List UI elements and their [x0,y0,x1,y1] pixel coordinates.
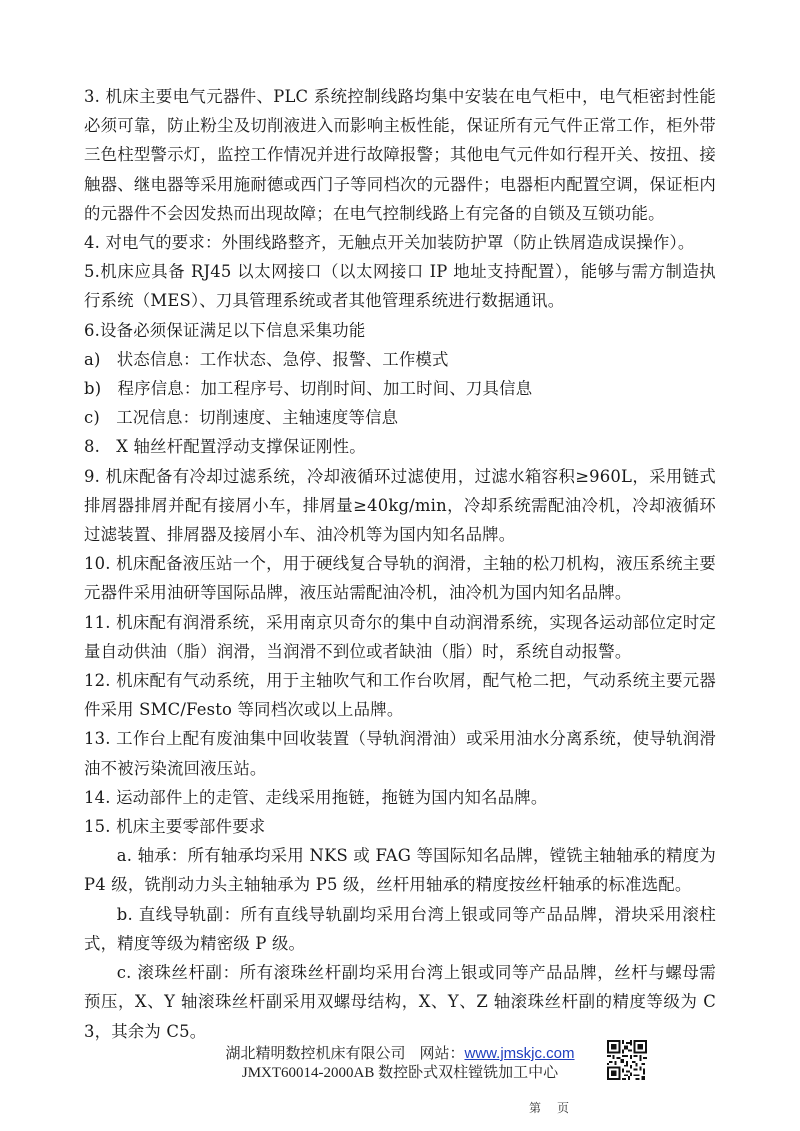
paragraph-12-pneumatic: 12. 机床配有气动系统，用于主轴吹气和工作台吹屑，配气枪二把，气动系统主要元器… [84,666,716,724]
sub-item-a-bearings: a. 轴承：所有轴承均采用 NKS 或 FAG 等国际知名品牌，镗铣主轴轴承的精… [84,841,716,899]
footer-website-label: 网站： [419,1046,464,1062]
paragraph-15-main-parts: 15. 机床主要零部件要求 [84,812,716,841]
sub-item-c-ball-screws: c. 滚珠丝杆副：所有滚珠丝杆副均采用台湾上银或同等产品品牌，丝杆与螺母需预压，… [84,958,716,1046]
page-label-last: 页 [557,1101,569,1115]
page-number: 第页 [529,1099,569,1116]
paragraph-5-ethernet-interface: 5.机床应具备 RJ45 以太网接口（以太网接口 IP 地址支持配置），能够与需… [84,257,716,315]
qr-code-icon [607,1040,647,1080]
footer-model-line: JMXT60014-2000AB 数控卧式双柱镗铣加工中心 [0,1061,800,1082]
list-item-c-condition-info: c) 工况信息：切削速度、主轴速度等信息 [84,403,716,432]
sub-item-b-linear-guides: b. 直线导轨副：所有直线导轨副均采用台湾上银或同等产品品牌，滑块采用滚柱式，精… [84,900,716,958]
paragraph-10-hydraulic-station: 10. 机床配备液压站一个，用于硬线复合导轨的润滑，主轴的松刀机构，液压系统主要… [84,549,716,607]
paragraph-6-info-collection: 6.设备必须保证满足以下信息采集功能 [84,316,716,345]
list-item-a-status-info: a) 状态信息：工作状态、急停、报警、工作模式 [84,345,716,374]
paragraph-4-electrical-requirements: 4. 对电气的要求：外围线路整齐，无触点开关加装防护罩（防止铁屑造成误操作）。 [84,228,716,257]
page-label-first: 第 [529,1101,541,1115]
footer-company-name: 湖北精明数控机床有限公司 [225,1046,405,1062]
paragraph-11-lubrication: 11. 机床配有润滑系统，采用南京贝奇尔的集中自动润滑系统，实现各运动部位定时定… [84,608,716,666]
paragraph-9-cooling-filter: 9. 机床配备有冷却过滤系统，冷却液循环过滤使用，过滤水箱容积≥960L，采用链… [84,462,716,550]
footer-company-line: 湖北精明数控机床有限公司网站：www.jmskjc.com [0,1042,800,1063]
footer-website-link[interactable]: www.jmskjc.com [465,1045,575,1062]
paragraph-3-electrical-components: 3. 机床主要电气元器件、PLC 系统控制线路均集中安装在电气柜中，电气柜密封性… [84,82,716,228]
document-body: 3. 机床主要电气元器件、PLC 系统控制线路均集中安装在电气柜中，电气柜密封性… [84,82,716,1046]
paragraph-13-waste-oil: 13. 工作台上配有废油集中回收装置（导轨润滑油）或采用油水分离系统，使导轨润滑… [84,724,716,782]
paragraph-8-x-axis-screw: 8. X 轴丝杆配置浮动支撑保证刚性。 [84,432,716,461]
list-item-b-program-info: b) 程序信息：加工程序号、切削时间、加工时间、刀具信息 [84,374,716,403]
paragraph-14-drag-chain: 14. 运动部件上的走管、走线采用拖链，拖链为国内知名品牌。 [84,783,716,812]
